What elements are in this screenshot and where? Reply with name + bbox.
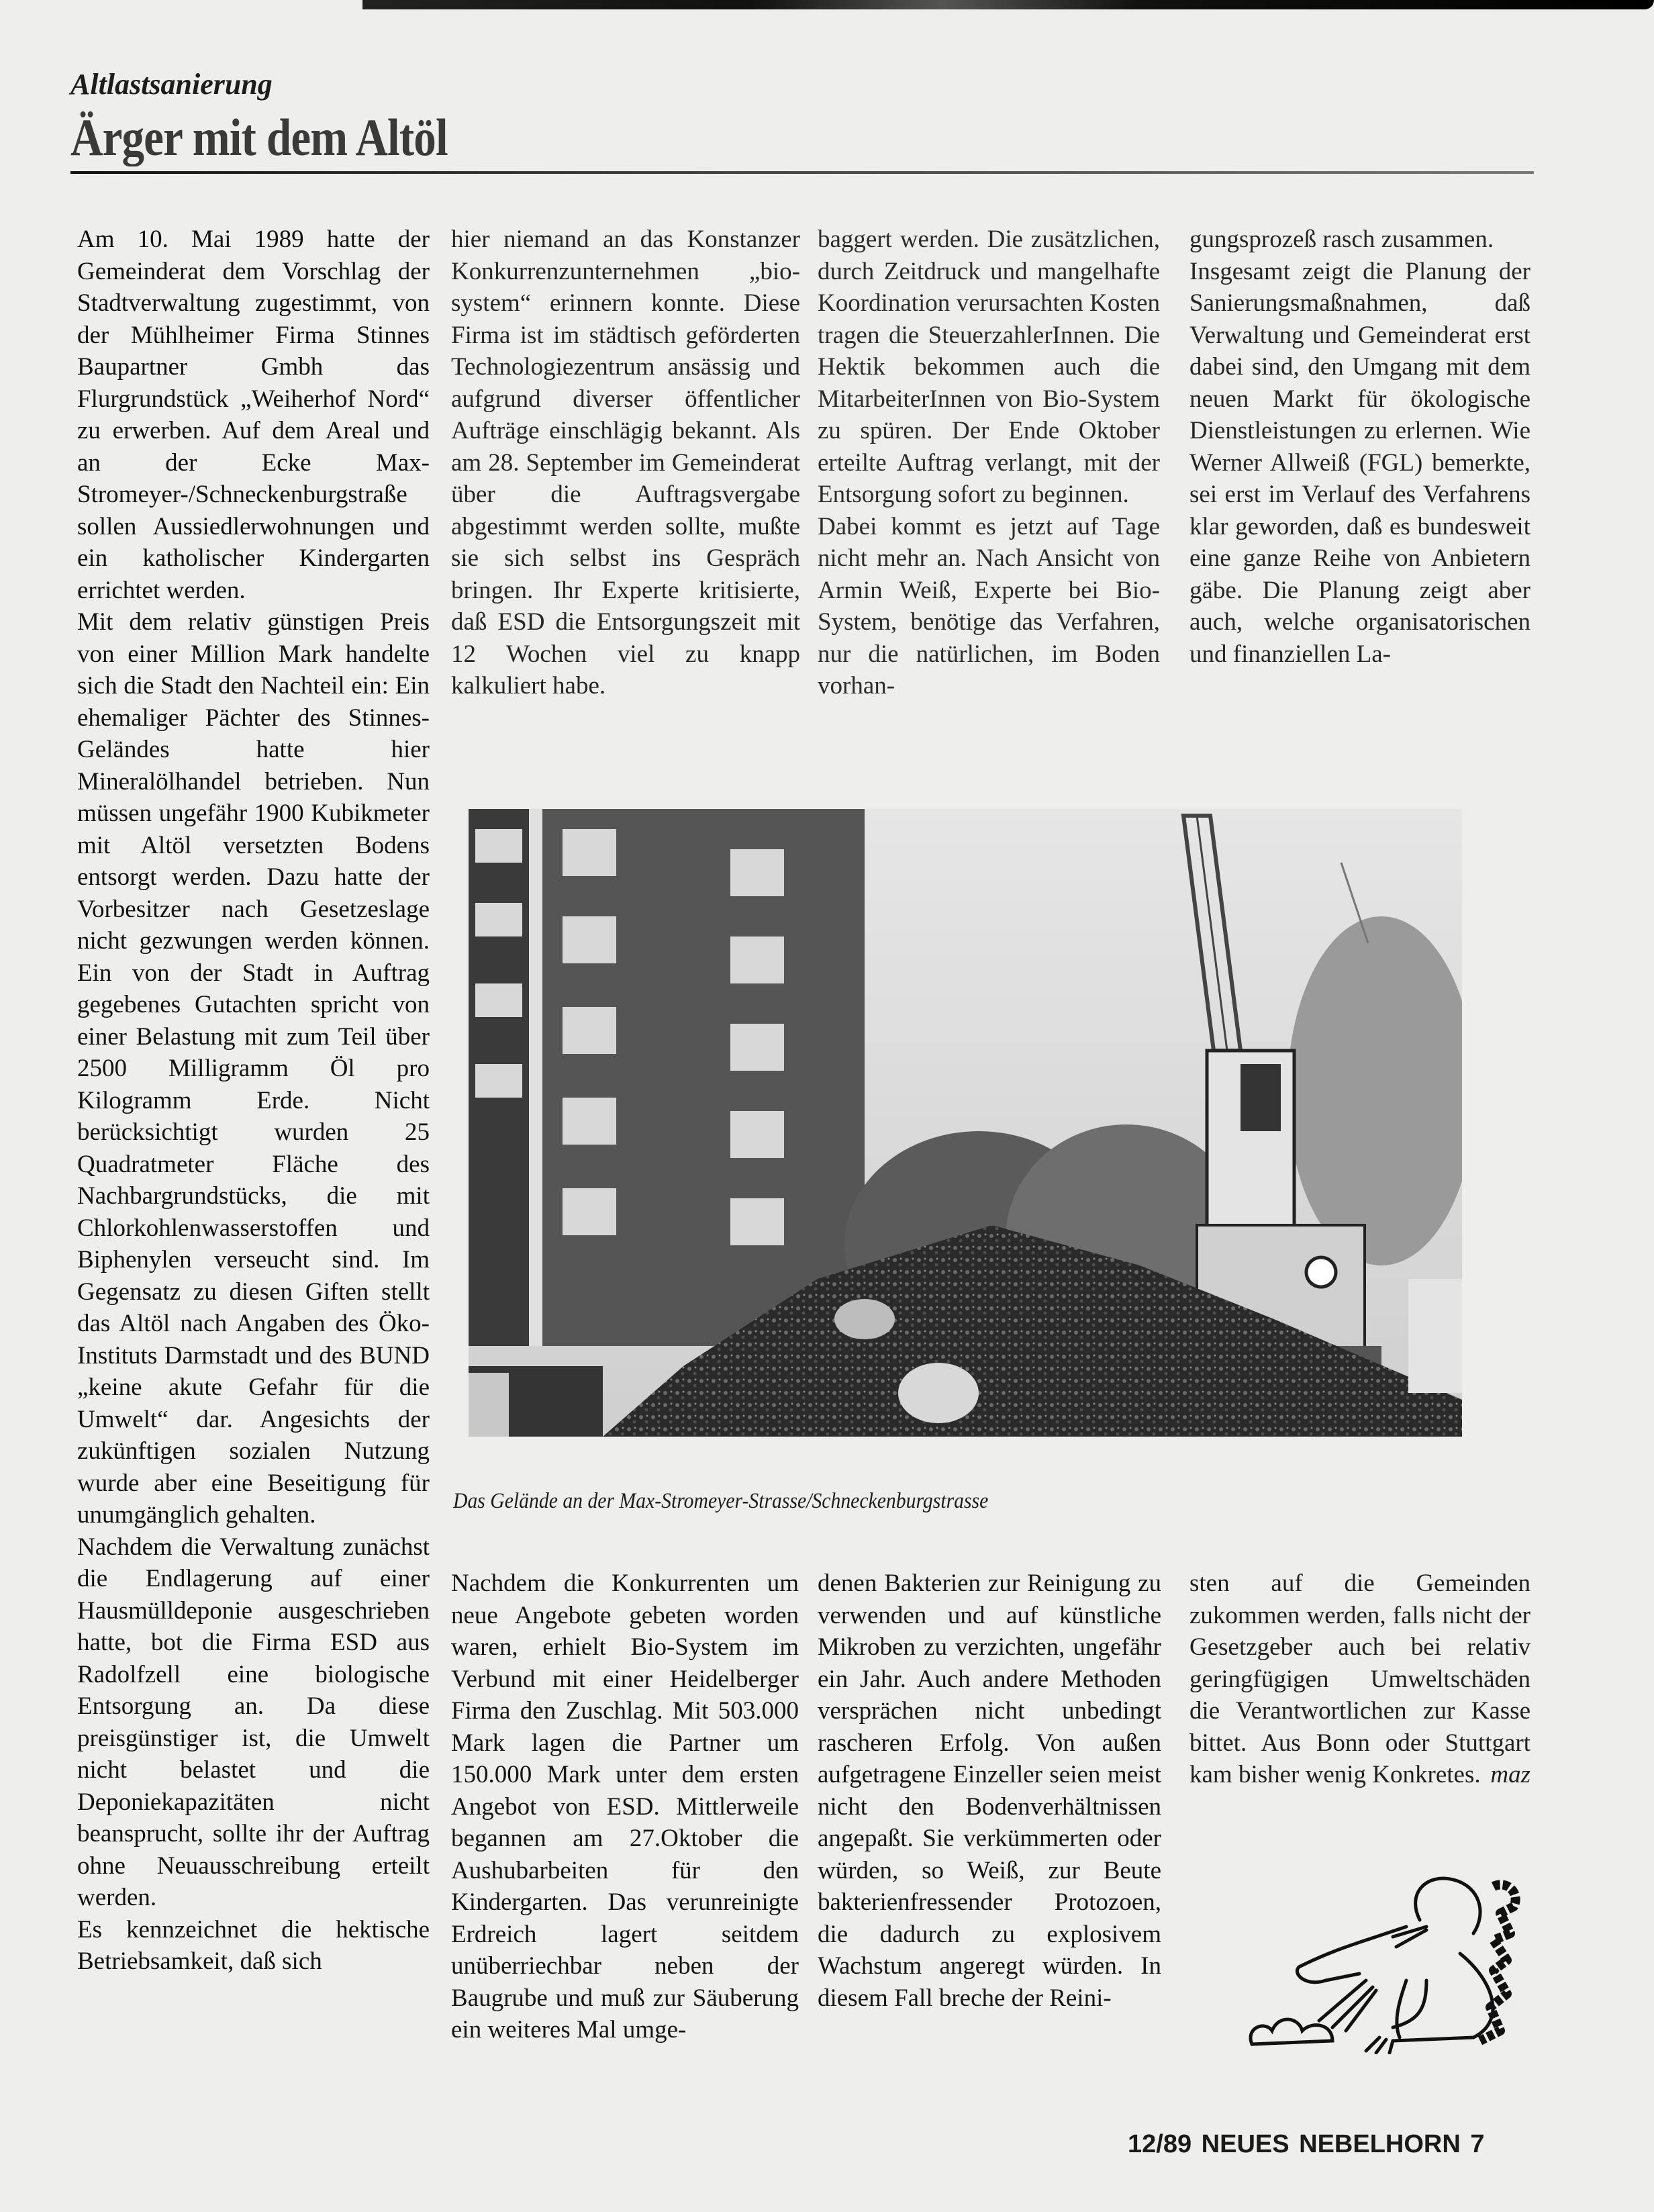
article-column-2-top: hier niemand an das Konstanzer Konkurren… (451, 224, 800, 702)
construction-site-photo (469, 809, 1462, 1437)
author-signature: maz (1490, 1759, 1530, 1791)
paragraph: Es kennzeichnet die hektische Betriebsam… (77, 1914, 430, 1978)
headline-rule (70, 171, 1534, 174)
article-column-4-bottom: sten auf die Gemeinden zukommen werden, … (1189, 1568, 1530, 1791)
paragraph: Dabei kommt es jetzt auf Tage nicht mehr… (818, 511, 1160, 702)
scan-edge (362, 0, 1654, 9)
paragraph: denen Bakterien zur Reinigung zu verwend… (818, 1568, 1161, 2014)
issue-number: 12/89 (1128, 2130, 1191, 2158)
paragraph: Insgesamt zeigt die Planung der Sanierun… (1189, 256, 1530, 671)
paragraph: sten auf die Gemeinden zukommen werden, … (1189, 1568, 1530, 1791)
article-column-3-top: baggert werden. Die zusätzlichen, durch … (818, 224, 1160, 702)
article-column-4-top: gungsprozeß rasch zusammen. Insgesamt ze… (1189, 224, 1530, 670)
article-headline: Ärger mit dem Altöl (70, 107, 448, 168)
section-kicker: Altlastsanierung (70, 67, 273, 101)
paragraph: Mit dem relativ günstigen Preis von eine… (77, 606, 430, 1531)
photo-caption: Das Gelände an der Max-Stromeyer-Strasse… (453, 1489, 1238, 1514)
paragraph: gungsprozeß rasch zusammen. (1189, 224, 1530, 256)
article-column-2-bottom: Nachdem die Konkurrenten um neue Angebot… (451, 1568, 799, 2046)
paragraph: Nachdem die Konkurrenten um neue Angebot… (451, 1568, 799, 2046)
page-number: 7 (1470, 2130, 1484, 2158)
paragraph: hier niemand an das Konstanzer Konkurren… (451, 224, 800, 702)
paragraph: Nachdem die Verwaltung zunächst die Endl… (77, 1531, 430, 1914)
photo-image (469, 809, 1462, 1437)
article-column-1: Am 10. Mai 1989 hatte der Gemeinderat de… (77, 224, 430, 1978)
cartoon-dragon-icon (1225, 1853, 1534, 2054)
article-column-3-bottom: denen Bakterien zur Reinigung zu verwend… (818, 1568, 1161, 2014)
publication-name: NEUES NEBELHORN (1202, 2130, 1461, 2158)
paragraph: Am 10. Mai 1989 hatte der Gemeinderat de… (77, 224, 430, 606)
page-footer: 12/89 NEUES NEBELHORN 7 (1128, 2130, 1485, 2159)
paragraph: baggert werden. Die zusätzlichen, durch … (818, 224, 1160, 511)
paragraph-text: sten auf die Gemeinden zukommen werden, … (1189, 1570, 1530, 1788)
dragon-drawing (1225, 1853, 1534, 2054)
